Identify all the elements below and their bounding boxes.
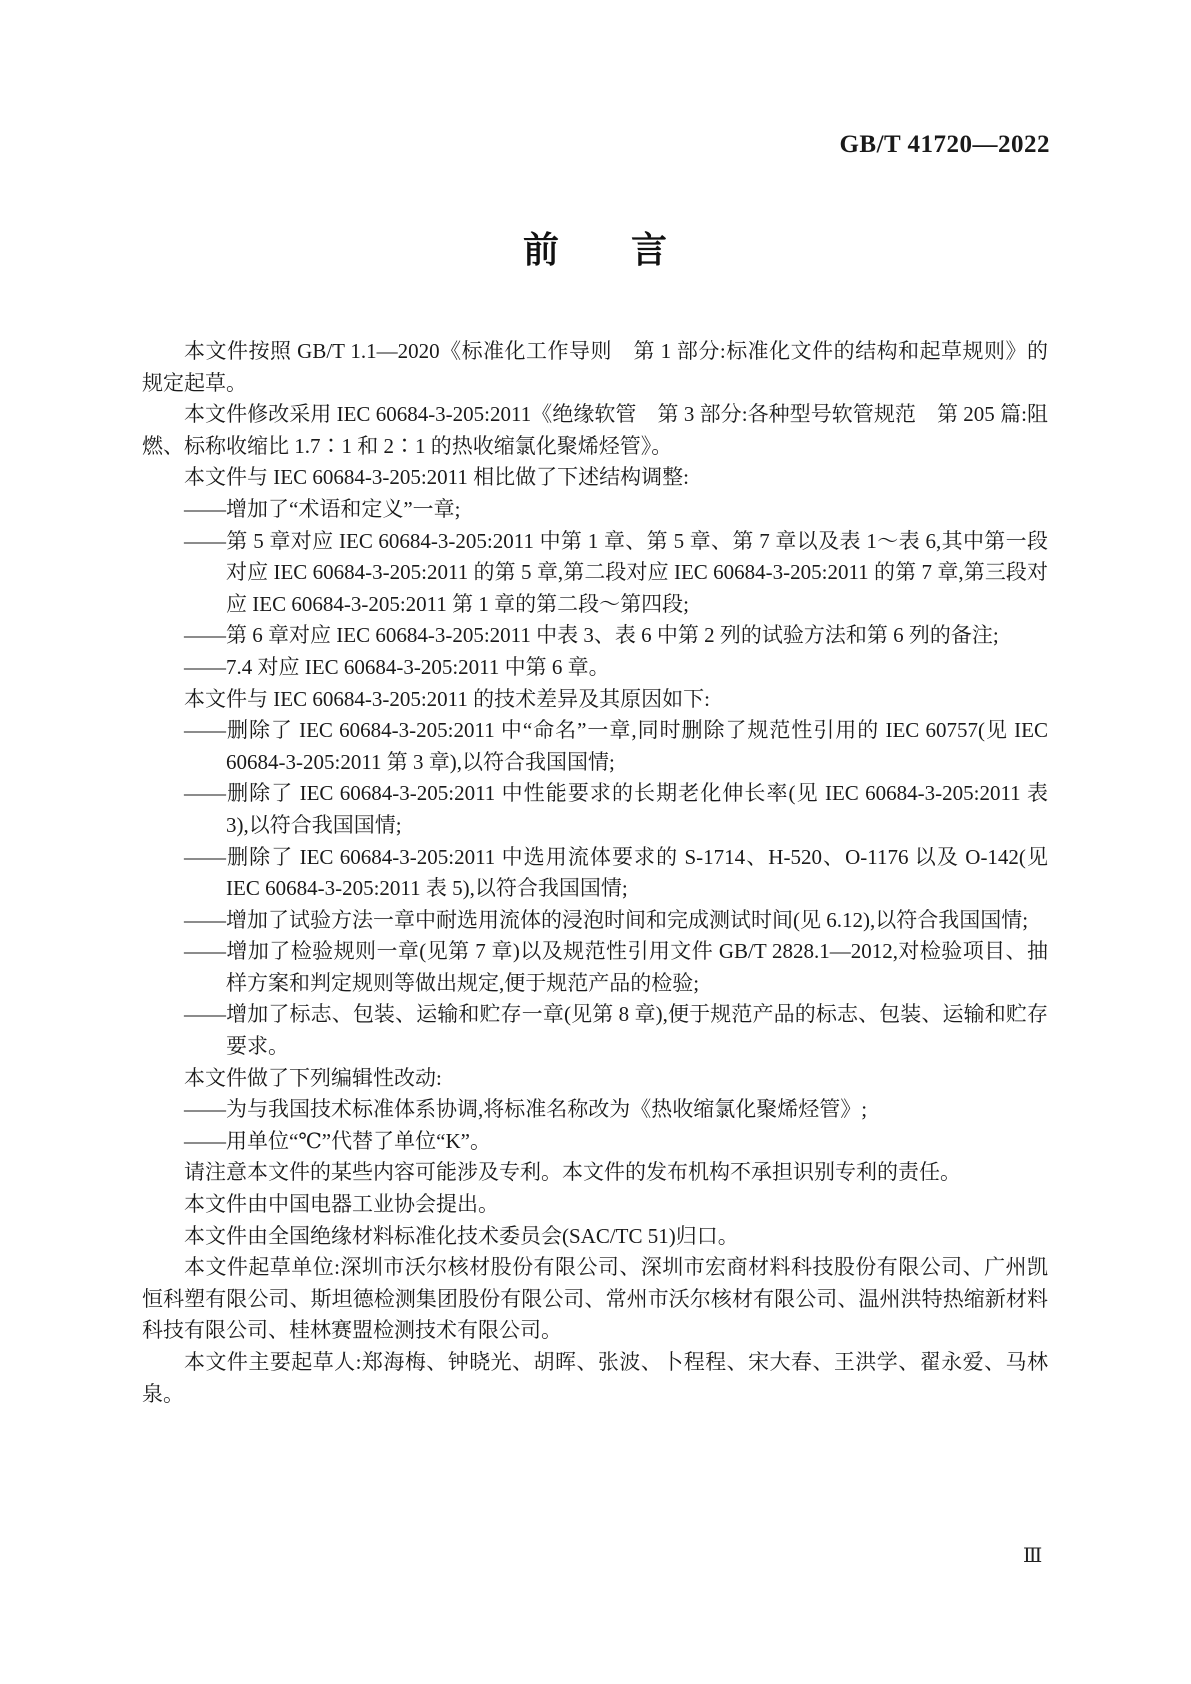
list-item: ——7.4 对应 IEC 60684-3-205:2011 中第 6 章。 — [142, 652, 1048, 684]
paragraph: 本文件按照 GB/T 1.1—2020《标准化工作导则 第 1 部分:标准化文件… — [142, 336, 1048, 399]
paragraph: 本文件起草单位:深圳市沃尔核材股份有限公司、深圳市宏商材料科技股份有限公司、广州… — [142, 1252, 1048, 1347]
paragraph: 本文件与 IEC 60684-3-205:2011 的技术差异及其原因如下: — [142, 684, 1048, 716]
paragraph: 本文件做了下列编辑性改动: — [142, 1063, 1048, 1095]
list-item: ——为与我国技术标准体系协调,将标准名称改为《热收缩氯化聚烯烃管》; — [142, 1094, 1048, 1126]
paragraph: 本文件由全国绝缘材料标准化技术委员会(SAC/TC 51)归口。 — [142, 1221, 1048, 1253]
standard-code: GB/T 41720—2022 — [839, 131, 1050, 159]
list-item: ——删除了 IEC 60684-3-205:2011 中“命名”一章,同时删除了… — [142, 715, 1048, 778]
document-page: GB/T 41720—2022 前 言 本文件按照 GB/T 1.1—2020《… — [0, 0, 1191, 1684]
list-item: ——第 5 章对应 IEC 60684-3-205:2011 中第 1 章、第 … — [142, 526, 1048, 621]
paragraph: 本文件主要起草人:郑海梅、钟晓光、胡晖、张波、卜程程、宋大春、王洪学、翟永爱、马… — [142, 1347, 1048, 1410]
list-item: ——第 6 章对应 IEC 60684-3-205:2011 中表 3、表 6 … — [142, 620, 1048, 652]
list-item: ——增加了“术语和定义”一章; — [142, 494, 1048, 526]
paragraph: 请注意本文件的某些内容可能涉及专利。本文件的发布机构不承担识别专利的责任。 — [142, 1157, 1048, 1189]
paragraph: 本文件修改采用 IEC 60684-3-205:2011《绝缘软管 第 3 部分… — [142, 399, 1048, 462]
list-item: ——删除了 IEC 60684-3-205:2011 中性能要求的长期老化伸长率… — [142, 778, 1048, 841]
paragraph: 本文件由中国电器工业协会提出。 — [142, 1189, 1048, 1221]
page-number: Ⅲ — [1023, 1543, 1042, 1568]
list-item: ——删除了 IEC 60684-3-205:2011 中选用流体要求的 S-17… — [142, 842, 1048, 905]
paragraph: 本文件与 IEC 60684-3-205:2011 相比做了下述结构调整: — [142, 462, 1048, 494]
list-item: ——增加了标志、包装、运输和贮存一章(见第 8 章),便于规范产品的标志、包装、… — [142, 999, 1048, 1062]
list-item: ——增加了检验规则一章(见第 7 章)以及规范性引用文件 GB/T 2828.1… — [142, 936, 1048, 999]
list-item: ——用单位“℃”代替了单位“K”。 — [142, 1126, 1048, 1158]
list-item: ——增加了试验方法一章中耐选用流体的浸泡时间和完成测试时间(见 6.12),以符… — [142, 905, 1048, 937]
document-body: 本文件按照 GB/T 1.1—2020《标准化工作导则 第 1 部分:标准化文件… — [142, 336, 1048, 1410]
page-title: 前 言 — [142, 228, 1048, 271]
